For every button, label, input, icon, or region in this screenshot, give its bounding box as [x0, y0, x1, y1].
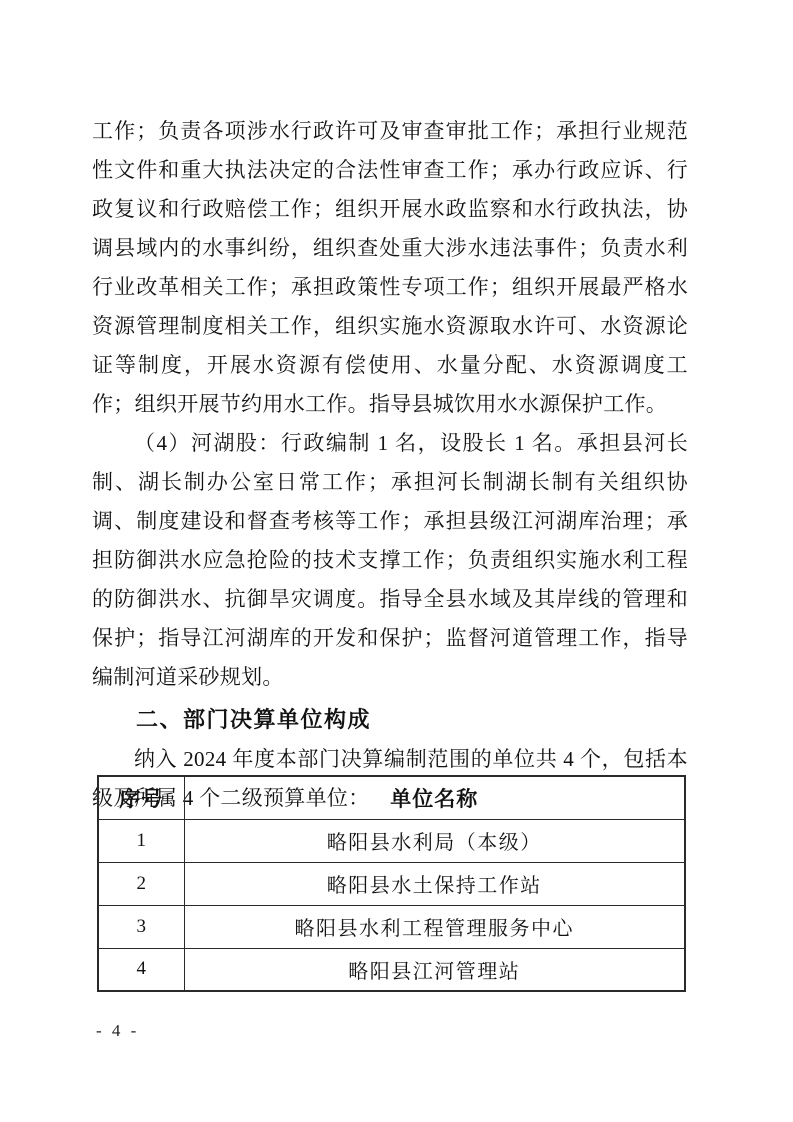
paragraph-hehu-unit: （4）河湖股：行政编制 1 名，设股长 1 名。承担县河长制、湖长制办公室日常工… — [92, 424, 688, 697]
table-header-row: 序号 单位名称 — [98, 776, 685, 819]
document-page: 工作；负责各项涉水行政许可及审查审批工作；承担行业规范性文件和重大执法决定的合法… — [0, 0, 793, 1122]
unit-serial-number: 3 — [98, 905, 184, 948]
unit-name: 略阳县水利工程管理服务中心 — [184, 905, 685, 948]
table-row: 4 略阳县江河管理站 — [98, 948, 685, 991]
table-header-serial-number: 序号 — [98, 776, 184, 819]
document-body: 工作；负责各项涉水行政许可及审查审批工作；承担行业规范性文件和重大执法决定的合法… — [92, 112, 688, 818]
table-row: 2 略阳县水土保持工作站 — [98, 862, 685, 905]
table-row: 3 略阳县水利工程管理服务中心 — [98, 905, 685, 948]
unit-name: 略阳县水利局（本级） — [184, 819, 685, 862]
section-heading-unit-composition: 二、部门决算单位构成 — [92, 700, 688, 740]
unit-serial-number: 4 — [98, 948, 184, 991]
budget-units-table: 序号 单位名称 1 略阳县水利局（本级） 2 略阳县水土保持工作站 3 略阳县水… — [97, 775, 686, 992]
unit-serial-number: 2 — [98, 862, 184, 905]
table-header-unit-name: 单位名称 — [184, 776, 685, 819]
paragraph-duties-continuation: 工作；负责各项涉水行政许可及审查审批工作；承担行业规范性文件和重大执法决定的合法… — [92, 112, 688, 424]
unit-name: 略阳县水土保持工作站 — [184, 862, 685, 905]
table-row: 1 略阳县水利局（本级） — [98, 819, 685, 862]
page-number: - 4 - — [96, 1021, 139, 1041]
unit-serial-number: 1 — [98, 819, 184, 862]
unit-name: 略阳县江河管理站 — [184, 948, 685, 991]
